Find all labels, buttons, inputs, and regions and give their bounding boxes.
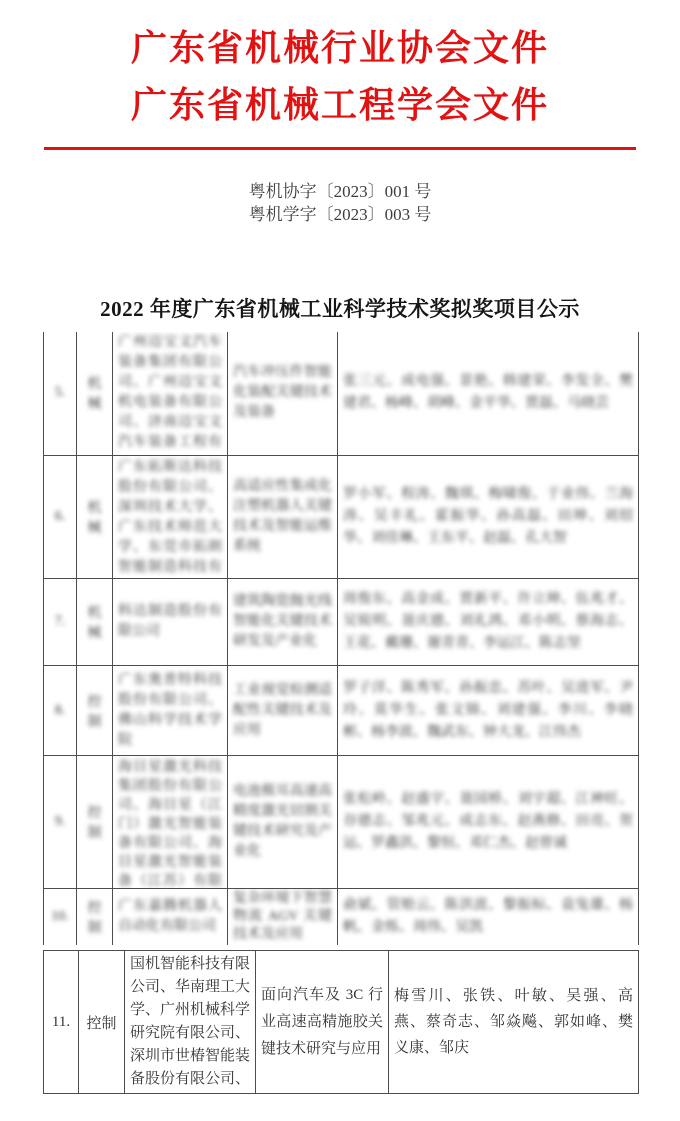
award-table-row-11: 11. 控制 国机智能科技有限公司、华南理工大学、广州机械科学研究院有限公司、深… xyxy=(43,950,639,1094)
cell-row-number: 6. xyxy=(44,456,77,579)
cell-row-number: 5. xyxy=(44,332,77,456)
table-row-8: 8. 控制 广东奥普特科技股份有限公司、佛山科学技术学院 工业视觉检测适配性关键… xyxy=(44,666,639,756)
notice-title: 2022 年度广东省机械工业科学技术奖拟奖项目公示 xyxy=(0,293,680,323)
doc-number-line-2: 粤机学字〔2023〕003 号 xyxy=(249,203,432,226)
document-page: { "colors": { "accent_red": "#e21212", "… xyxy=(0,0,680,1121)
cell-category: 控制 xyxy=(77,756,113,889)
cell-row-number: 7. xyxy=(44,579,77,666)
cell-companies: 广东拓斯达科技股份有限公司、深圳技术大学、广东技术师范大学、东莞市拓朗智能制造科… xyxy=(113,456,228,579)
cell-companies: 科达制造股份有限公司 xyxy=(113,579,228,666)
cell-project: 工业视觉检测适配性关键技术及应用 xyxy=(228,666,338,756)
cell-people: 张松岭、赵盛宇、聂国桥、刘宇超、江神旺、谷德志、邹兆元、成志东、赵燕修、田亮、贺… xyxy=(338,756,639,889)
table-row-11: 11. 控制 国机智能科技有限公司、华南理工大学、广州机械科学研究院有限公司、深… xyxy=(44,951,639,1094)
letterhead-title-association: 广东省机械行业协会文件 xyxy=(0,26,680,70)
cell-people: 罗子洋、陈秀军、孙振忠、苏叶、吴进军、尹玲、莫华生、张文锦、刘建强、李川、李晓彬… xyxy=(338,666,639,756)
cell-project: 面向汽车及 3C 行业高速高精施胶关键技术研究与应用 xyxy=(256,951,389,1094)
cell-project: 复杂环境下智慧物流 AGV 关键技术及应用 xyxy=(228,889,338,946)
cell-category: 控制 xyxy=(77,889,113,946)
cell-row-number: 10. xyxy=(44,889,77,946)
table-row-9: 9. 控制 海目星激光科技集团股份有限公司、海目星（江门）激光智能装备有限公司、… xyxy=(44,756,639,889)
cell-people: 罗小军、程涛、魏琪、梅啸俊、于业伟、兰海涛、吴丰礼、霍振华、孙高磊、田坤、刘绍华… xyxy=(338,456,639,579)
table-row-10: 10. 控制 广东嘉腾机器人自动化有限公司 复杂环境下智慧物流 AGV 关键技术… xyxy=(44,889,639,946)
award-table-sharp-section: 11. 控制 国机智能科技有限公司、华南理工大学、广州机械科学研究院有限公司、深… xyxy=(43,950,640,1094)
cell-companies: 广东奥普特科技股份有限公司、佛山科学技术学院 xyxy=(113,666,228,756)
cell-people: 梅雪川、张铁、叶敏、吴强、高燕、蔡奇志、邹焱飚、郭如峰、樊义康、邹庆 xyxy=(389,951,639,1094)
cell-row-number: 8. xyxy=(44,666,77,756)
cell-companies: 国机智能科技有限公司、华南理工大学、广州机械科学研究院有限公司、深圳市世椿智能装… xyxy=(125,951,256,1094)
cell-companies: 海目星激光科技集团股份有限公司、海目星（江门）激光智能装备有限公司、海目星激光智… xyxy=(113,756,228,889)
cell-category: 控制 xyxy=(79,951,125,1094)
cell-companies: 广东嘉腾机器人自动化有限公司 xyxy=(113,889,228,946)
award-table-rows-5-10: 5. 机械 广州迈宝文汽车装备集团有限公司、广州迈宝文机电装备有限公司、济南迈宝… xyxy=(43,332,639,945)
letterhead-divider-rule xyxy=(44,147,636,150)
table-row-7: 7. 机械 科达制造股份有限公司 建筑陶瓷抛光线智能化关键技术研发及产业化 周俊… xyxy=(44,579,639,666)
cell-project: 电池极耳高速高精度激光切割关键技术研究及产业化 xyxy=(228,756,338,889)
cell-project: 汽车冲压件智能化装配关键技术及装备 xyxy=(228,332,338,456)
cell-category: 机械 xyxy=(77,456,113,579)
cell-row-number: 9. xyxy=(44,756,77,889)
cell-category: 机械 xyxy=(77,332,113,456)
cell-category: 控制 xyxy=(77,666,113,756)
table-row-5: 5. 机械 广州迈宝文汽车装备集团有限公司、广州迈宝文机电装备有限公司、济南迈宝… xyxy=(44,332,639,456)
cell-people: 张三元、成电强、景艳、韩建荣、李发全、樊建君、杨峰、胡峰、金平华、贾磊、马晓芸 xyxy=(338,332,639,456)
doc-number-line-1: 粤机协字〔2023〕001 号 xyxy=(249,180,432,203)
cell-category: 机械 xyxy=(77,579,113,666)
cell-companies: 广州迈宝文汽车装备集团有限公司、广州迈宝文机电装备有限公司、济南迈宝文汽车装备工… xyxy=(113,332,228,456)
cell-project: 建筑陶瓷抛光线智能化关键技术研发及产业化 xyxy=(228,579,338,666)
cell-people: 俞斌、管贻云、陈洪波、黎振标、袁兔雄、杨帆、金烁、周伟、吴凯 xyxy=(338,889,639,946)
letterhead-title-society: 广东省机械工程学会文件 xyxy=(0,83,680,127)
cell-people: 周俊东、高金成、贾新平、许立坤、伍兆才、吴锐明、聂庆德、刘礼鸿、邓小明、蔡海志、… xyxy=(338,579,639,666)
award-table-blurred-section: 5. 机械 广州迈宝文汽车装备集团有限公司、广州迈宝文机电装备有限公司、济南迈宝… xyxy=(43,332,640,945)
cell-row-number: 11. xyxy=(44,951,79,1094)
table-row-6: 6. 机械 广东拓斯达科技股份有限公司、深圳技术大学、广东技术师范大学、东莞市拓… xyxy=(44,456,639,579)
cell-project: 高适应性集成化注塑机器人关键技术及智能运维系统 xyxy=(228,456,338,579)
document-numbers: 粤机协字〔2023〕001 号 粤机学字〔2023〕003 号 xyxy=(0,180,680,226)
